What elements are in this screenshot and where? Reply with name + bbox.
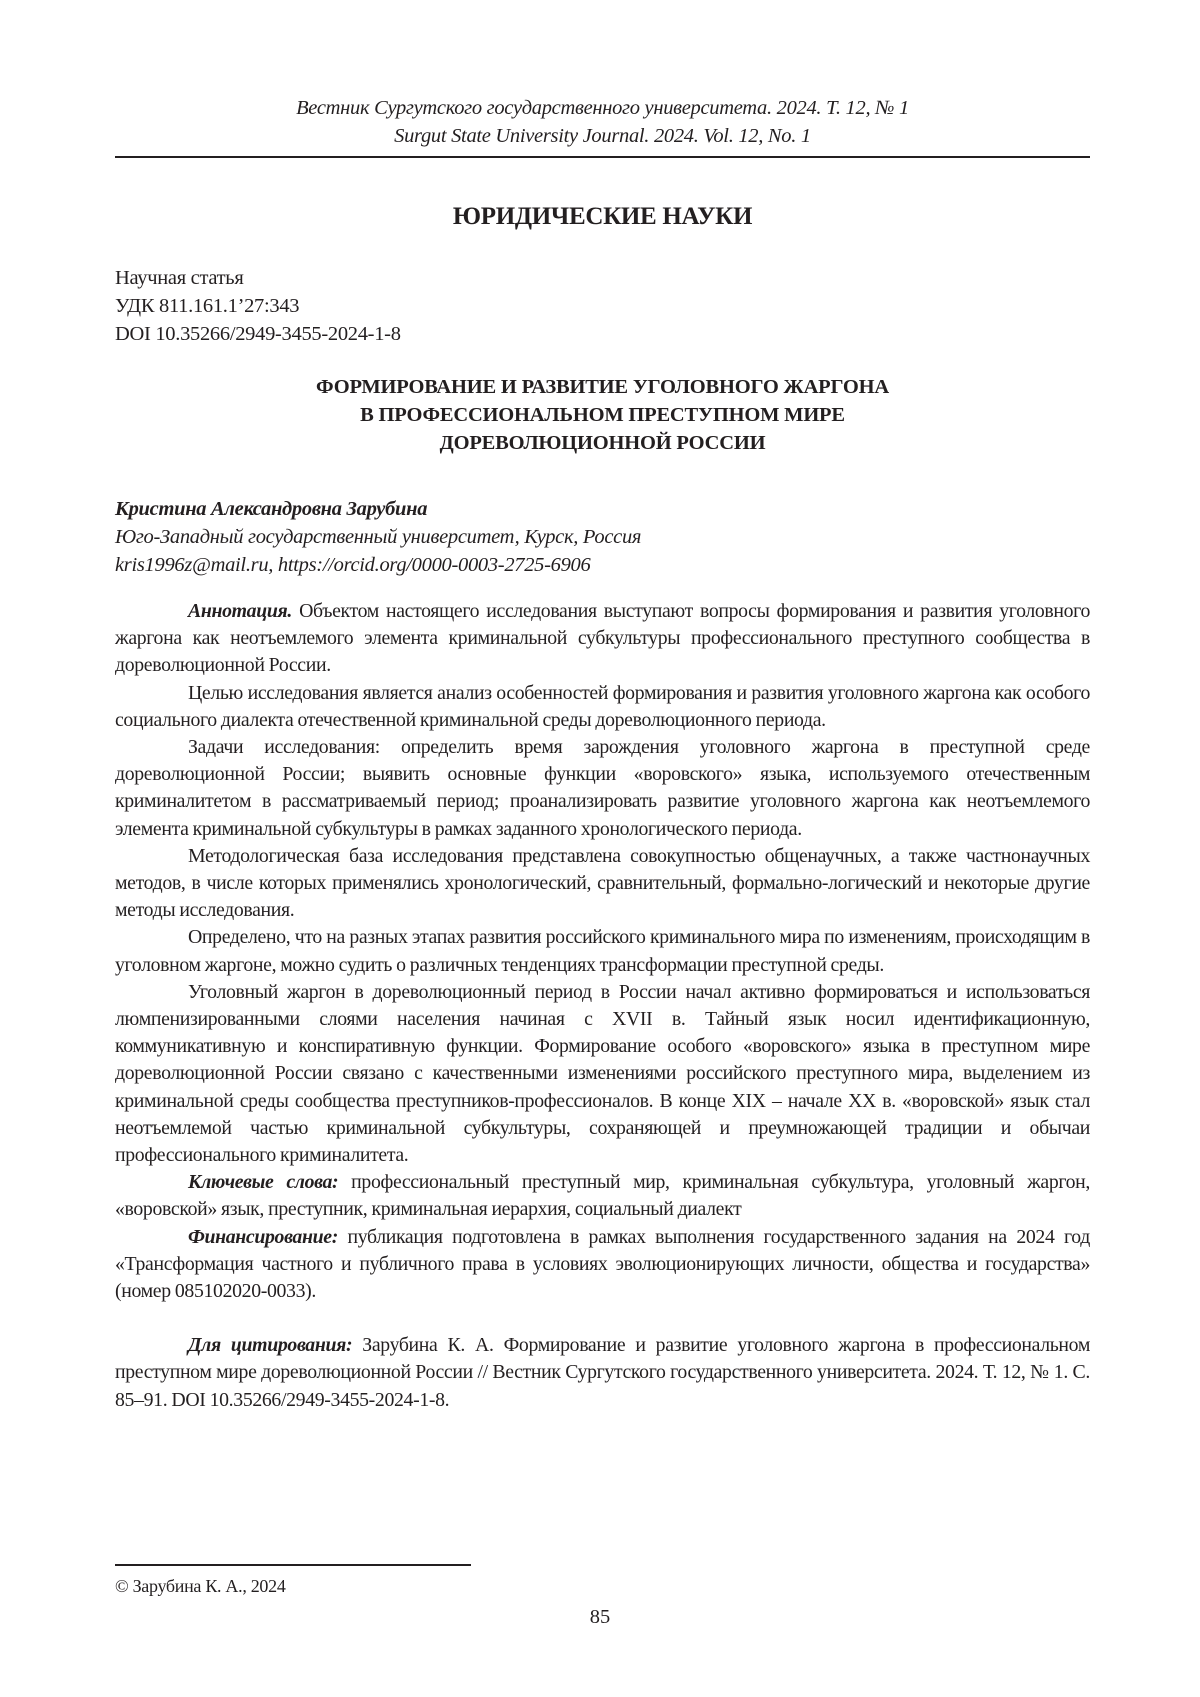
abstract-section: Аннотация. Объектом настоящего исследова…: [115, 598, 1090, 1414]
journal-title-en: Surgut State University Journal. 2024. V…: [115, 122, 1090, 150]
citation-label: Для цитирования:: [188, 1334, 352, 1356]
abstract-paragraph: Уголовный жаргон в дореволюционный перио…: [115, 979, 1090, 1169]
running-header: Вестник Сургутского государственного уни…: [115, 94, 1090, 150]
doi[interactable]: DOI 10.35266/2949-3455-2024-1-8: [115, 320, 401, 348]
journal-page: Вестник Сургутского государственного уни…: [0, 0, 1200, 1697]
header-divider: [115, 156, 1090, 158]
citation: Для цитирования: Зарубина К. А. Формиров…: [115, 1332, 1090, 1414]
page-number: 85: [0, 1606, 1200, 1629]
article-title-line: ФОРМИРОВАНИЕ И РАЗВИТИЕ УГОЛОВНОГО ЖАРГО…: [115, 373, 1090, 401]
journal-title-ru: Вестник Сургутского государственного уни…: [115, 94, 1090, 122]
abstract-paragraph: Задачи исследования: определить время за…: [115, 734, 1090, 843]
copyright-notice: © Зарубина К. А., 2024: [115, 1576, 286, 1597]
article-title-line: ДОРЕВОЛЮЦИОННОЙ РОССИИ: [115, 429, 1090, 457]
article-meta: Научная статья УДК 811.161.1’27:343 DOI …: [115, 264, 401, 348]
funding: Финансирование: публикация подготовлена …: [115, 1224, 1090, 1306]
keywords: Ключевые слова: профессиональный преступ…: [115, 1169, 1090, 1223]
article-title: ФОРМИРОВАНИЕ И РАЗВИТИЕ УГОЛОВНОГО ЖАРГО…: [115, 373, 1090, 457]
abstract-paragraph: Целью исследования является анализ особе…: [115, 680, 1090, 734]
funding-label: Финансирование:: [188, 1226, 338, 1248]
author-contacts[interactable]: kris1996z@mail.ru, https://orcid.org/000…: [115, 551, 641, 579]
article-type: Научная статья: [115, 264, 401, 292]
article-title-line: В ПРОФЕССИОНАЛЬНОМ ПРЕСТУПНОМ МИРЕ: [115, 401, 1090, 429]
udc-code: УДК 811.161.1’27:343: [115, 292, 401, 320]
abstract-paragraph: Определено, что на разных этапах развити…: [115, 924, 1090, 978]
author-affiliation: Юго-Западный государственный университет…: [115, 523, 641, 551]
keywords-label: Ключевые слова:: [188, 1171, 338, 1193]
footnote-divider: [115, 1564, 471, 1566]
section-title: ЮРИДИЧЕСКИЕ НАУКИ: [115, 203, 1090, 231]
abstract-paragraph: Методологическая база исследования предс…: [115, 843, 1090, 925]
abstract-label: Аннотация.: [188, 600, 292, 622]
abstract-paragraph: Аннотация. Объектом настоящего исследова…: [115, 598, 1090, 680]
author-block: Кристина Александровна Зарубина Юго-Запа…: [115, 495, 641, 579]
author-name: Кристина Александровна Зарубина: [115, 495, 641, 523]
